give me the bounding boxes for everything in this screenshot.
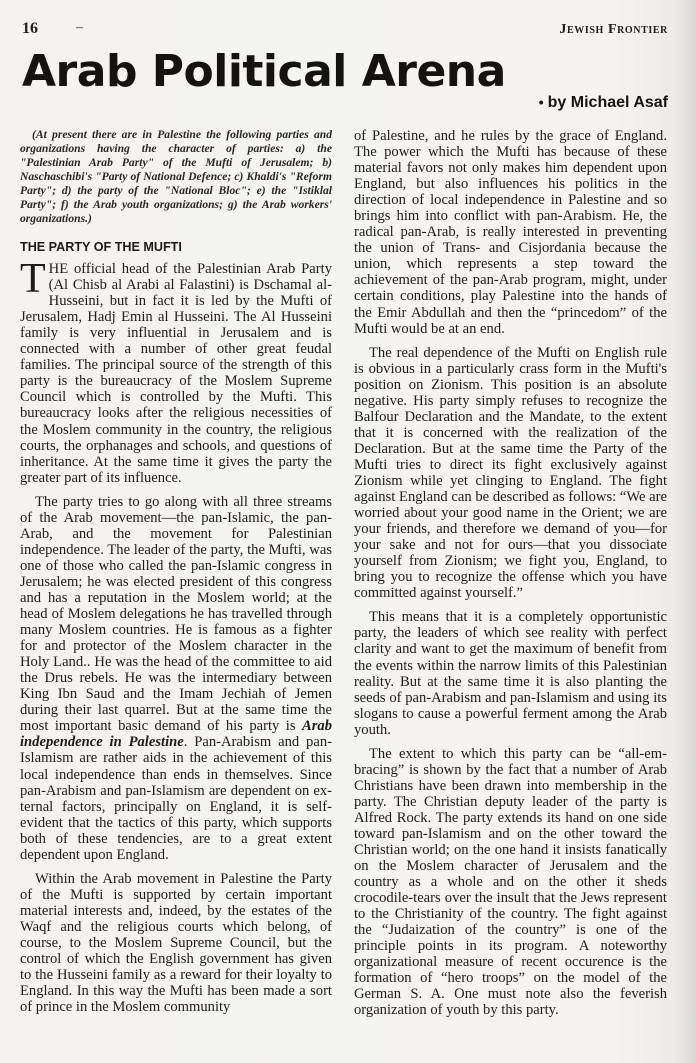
right-column: of Palestine, and he rules by the grace …: [354, 128, 667, 1019]
intro-note: (At present there are in Palestine the f…: [20, 128, 332, 226]
bullet-icon: •: [539, 94, 544, 110]
header-dash: –: [76, 20, 83, 36]
paragraph: The party tries to go along with all thr…: [20, 494, 332, 863]
drop-cap: T: [20, 264, 46, 294]
article-title: Arab Political Arena: [22, 50, 506, 94]
byline-author: by Michael Asaf: [548, 94, 668, 111]
magazine-page: 16 – Jewish Frontier Arab Political Aren…: [0, 0, 696, 1063]
section-heading: THE PARTY OF THE MUFTI: [20, 239, 332, 255]
page-number: 16: [22, 20, 38, 38]
paragraph: This means that it is a completely oppor…: [354, 609, 667, 737]
paragraph-continued: of Palestine, and he rules by the grace …: [354, 128, 667, 337]
paragraph: Within the Arab movement in Palestine th…: [20, 871, 332, 1015]
paragraph: The real dependence of the Mufti on Engl…: [354, 345, 667, 602]
paragraph: THE official head of the Palestinian Ara…: [20, 261, 332, 486]
byline: •by Michael Asaf: [539, 94, 668, 112]
paragraph: The extent to which this party can be “a…: [354, 746, 667, 1019]
journal-name: Jewish Frontier: [559, 22, 668, 38]
running-head: 16 – Jewish Frontier: [22, 20, 668, 42]
left-column: (At present there are in Palestine the f…: [20, 128, 332, 1015]
